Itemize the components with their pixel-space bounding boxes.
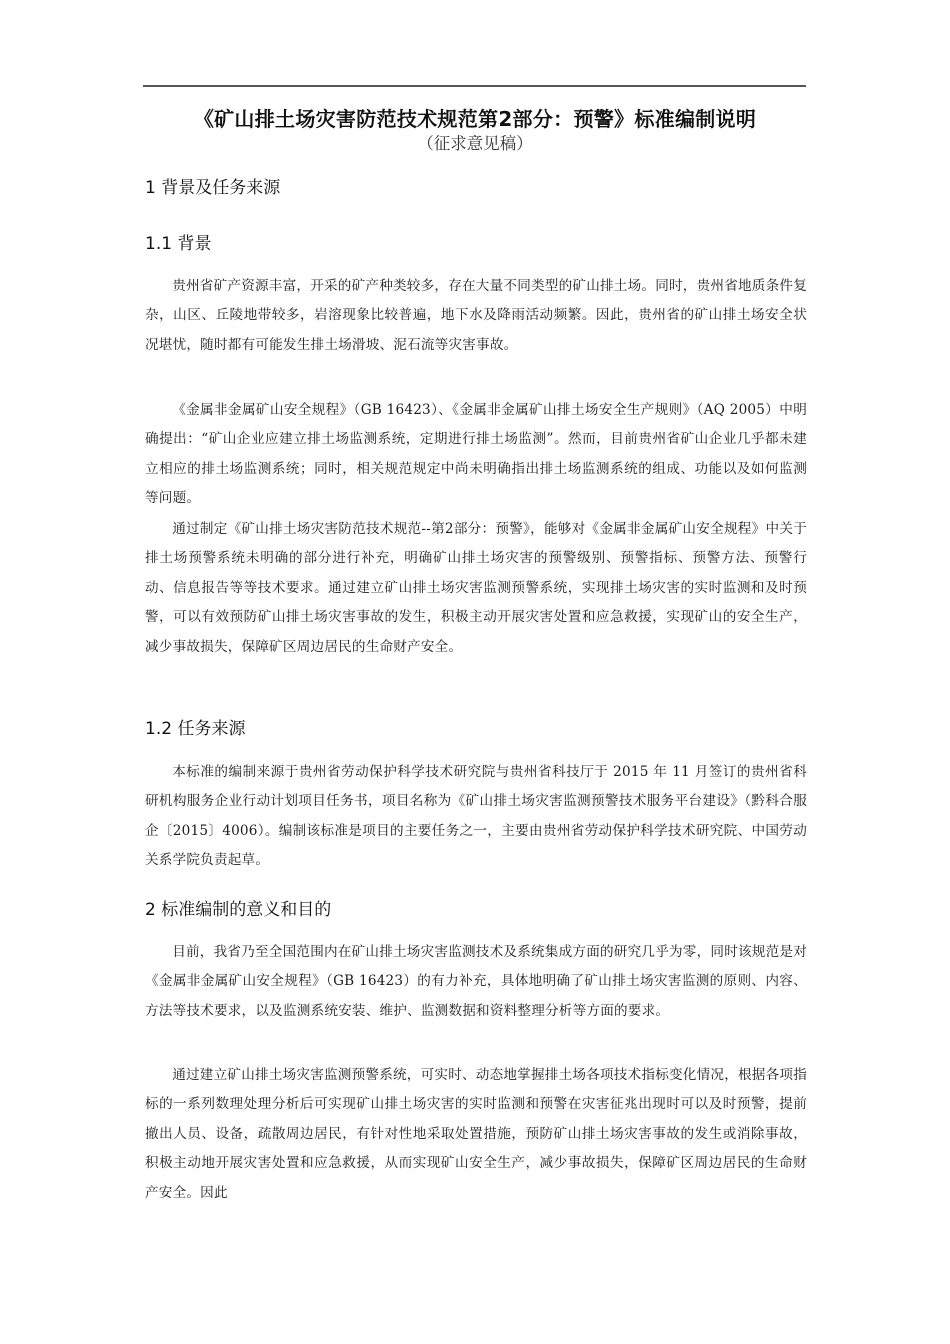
document-subtitle: （征求意见稿） bbox=[140, 133, 810, 155]
heading-section-1-1: 1.1 背景 bbox=[145, 232, 211, 256]
heading-section-2: 2 标准编制的意义和目的 bbox=[145, 898, 331, 922]
header-rule bbox=[143, 85, 806, 87]
heading-section-1-2: 1.2 任务来源 bbox=[145, 717, 245, 741]
paragraph-background-2: 《金属非金属矿山安全规程》（GB 16423）、《金属非金属矿山排土场安全生产规… bbox=[145, 396, 807, 514]
document-title: 《矿山排土场灾害防范技术规范第2部分：预警》标准编制说明 bbox=[140, 106, 810, 132]
paragraph-background-1: 贵州省矿产资源丰富，开采的矿产种类较多，存在大量不同类型的矿山排土场。同时，贵州… bbox=[145, 272, 807, 360]
paragraph-background-3: 通过制定《矿山排土场灾害防范技术规范--第2部分：预警》，能够对《金属非金属矿山… bbox=[145, 515, 807, 662]
paragraph-significance-2: 通过建立矿山排土场灾害监测预警系统，可实时、动态地掌握排土场各项技术指标变化情况… bbox=[145, 1061, 807, 1208]
heading-section-1: 1 背景及任务来源 bbox=[145, 176, 280, 200]
paragraph-task-source: 本标准的编制来源于贵州省劳动保护科学技术研究院与贵州省科技厅于 2015 年 1… bbox=[145, 758, 807, 876]
paragraph-significance-1: 目前，我省乃至全国范围内在矿山排土场灾害监测技术及系统集成方面的研究几乎为零，同… bbox=[145, 938, 807, 1026]
